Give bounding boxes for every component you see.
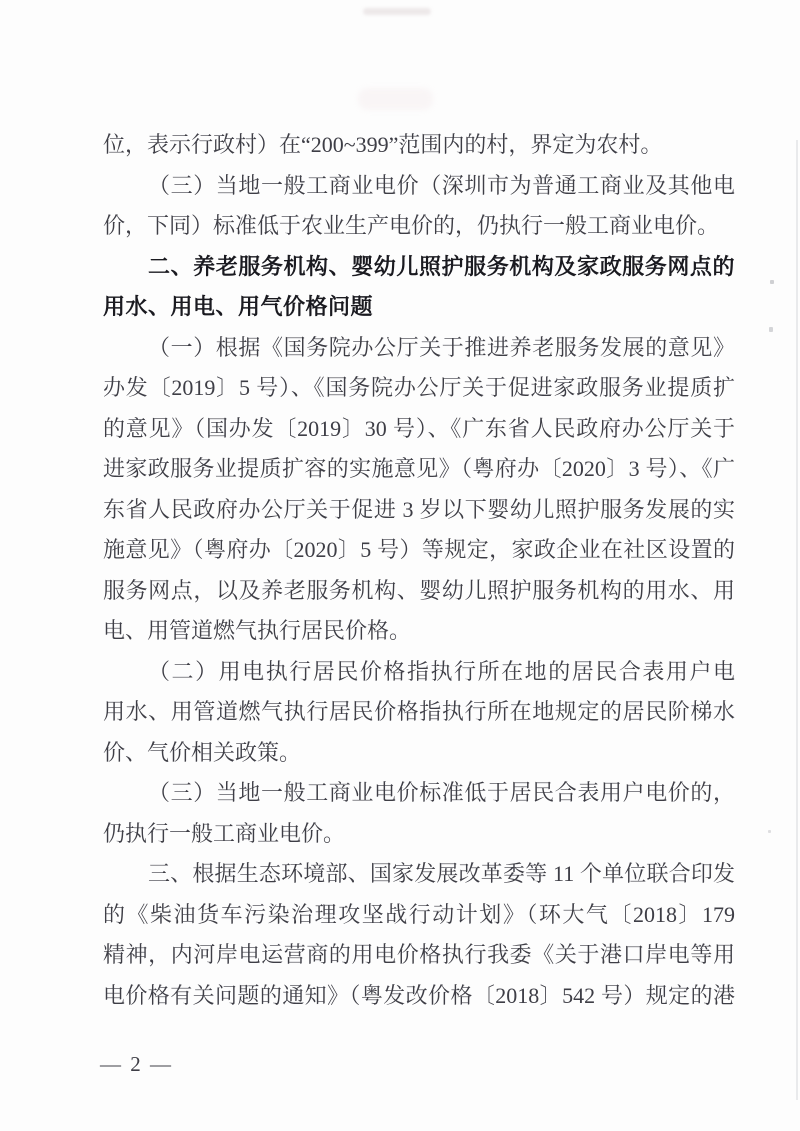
scan-page-edge <box>796 140 798 1100</box>
document-body-text: 位，表示行政村）在“200~399”范围内的村，界定为农村。（三）当地一般工商业… <box>103 125 735 1016</box>
body-text-line: （三）当地一般工商业电价标准低于居民合表用户电价的， <box>103 773 735 814</box>
body-text-line: 三、根据生态环境部、国家发展改革委等 11 个单位联合印发 <box>103 854 735 895</box>
body-text-line: 电价格有关问题的通知》（粤发改价格〔2018〕542 号）规定的港 <box>103 976 735 1017</box>
body-text-line: 进家政服务业提质扩容的实施意见》（粤府办〔2020〕3 号）、《广 <box>103 449 735 490</box>
body-text-line: 价，下同）标准低于农业生产电价的，仍执行一般工商业电价。 <box>103 206 735 247</box>
body-text-line: 用水、用管道燃气执行居民价格指执行所在地规定的居民阶梯水 <box>103 692 735 733</box>
body-text-line: 的意见》（国办发〔2019〕30 号）、《广东省人民政府办公厅关于促 <box>103 409 735 450</box>
body-text-line: （二）用电执行居民价格指执行所在地的居民合表用户电价； <box>103 652 735 693</box>
body-text-line: 仍执行一般工商业电价。 <box>103 814 735 855</box>
scan-smudge-artifact <box>363 8 431 15</box>
body-text-line: 东省人民政府办公厅关于促进 3 岁以下婴幼儿照护服务发展的实 <box>103 490 735 531</box>
section-heading-line: 用水、用电、用气价格问题 <box>103 287 735 328</box>
body-text-line: 电、用管道燃气执行居民价格。 <box>103 611 735 652</box>
body-text-line: 施意见》（粤府办〔2020〕5 号）等规定，家政企业在社区设置的 <box>103 530 735 571</box>
body-text-line: 精神，内河岸电运营商的用电价格执行我委《关于港口岸电等用 <box>103 935 735 976</box>
scanned-document-page: 位，表示行政村）在“200~399”范围内的村，界定为农村。（三）当地一般工商业… <box>0 0 800 1131</box>
body-text-line: （一）根据《国务院办公厅关于推进养老服务发展的意见》（国 <box>103 328 735 369</box>
body-text-line: 服务网点，以及养老服务机构、婴幼儿照护服务机构的用水、用 <box>103 571 735 612</box>
section-heading-line: 二、养老服务机构、婴幼儿照护服务机构及家政服务网点的 <box>103 247 735 288</box>
body-text-line: （三）当地一般工商业电价（深圳市为普通工商业及其他电 <box>103 166 735 207</box>
body-text-line: 的《柴油货车污染治理攻坚战行动计划》（环大气〔2018〕179 号） <box>103 895 735 936</box>
body-text-line: 价、气价相关政策。 <box>103 733 735 774</box>
body-text-line: 位，表示行政村）在“200~399”范围内的村，界定为农村。 <box>103 125 735 166</box>
scan-smudge-artifact <box>358 88 433 110</box>
page-number: — 2 — <box>100 1044 173 1084</box>
scan-speck-artifact <box>769 327 773 332</box>
scan-speck-artifact <box>770 280 774 284</box>
scan-speck-artifact <box>768 830 771 833</box>
body-text-line: 办发〔2019〕5 号）、《国务院办公厅关于促进家政服务业提质扩容 <box>103 368 735 409</box>
